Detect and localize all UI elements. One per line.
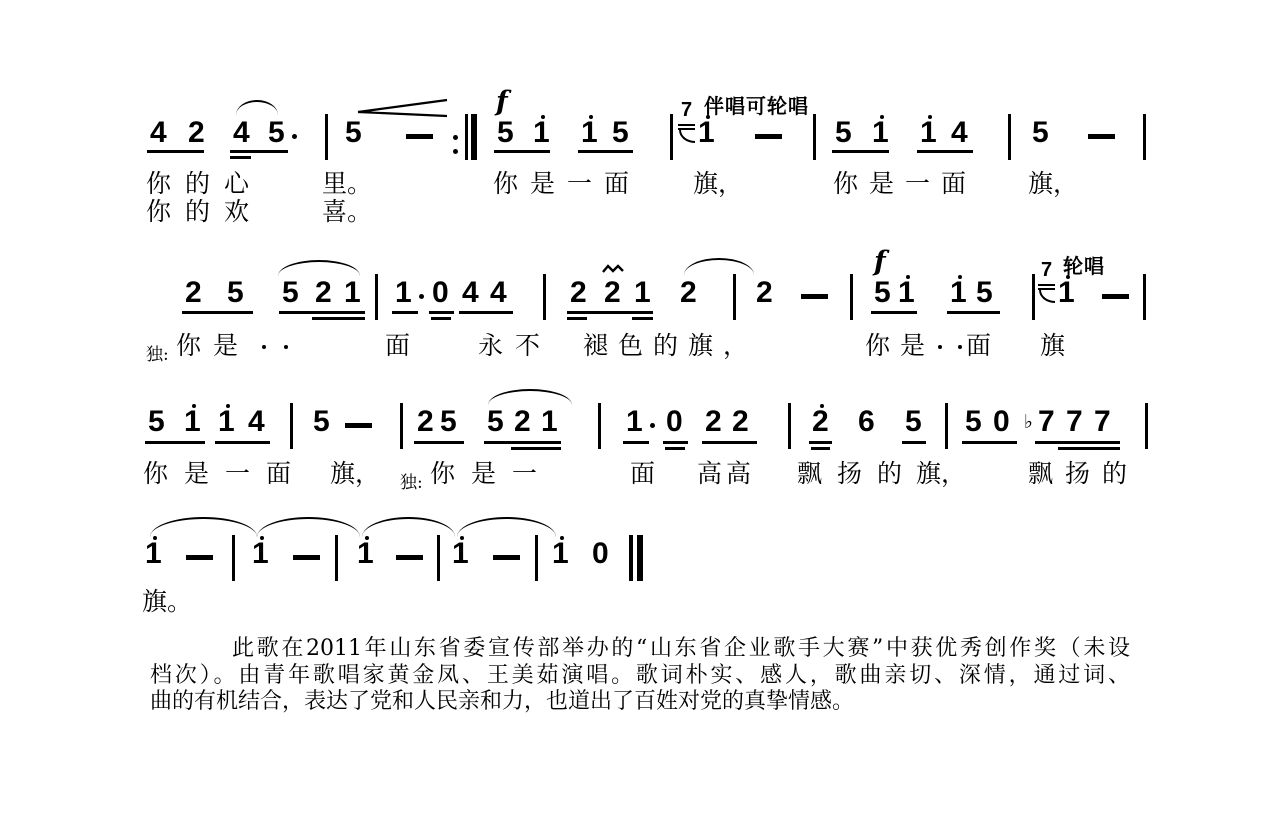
note-digit: 0: [592, 541, 610, 567]
note-digit: 5: [282, 280, 300, 306]
lyric-extension-dot: [284, 345, 288, 349]
augmentation-dot: [650, 423, 655, 428]
lyric-text: 你的心: [146, 171, 263, 196]
beam-line: [871, 311, 917, 314]
beam-line: [511, 447, 561, 450]
note-digit: 5: [1032, 120, 1050, 146]
beam-line: [665, 447, 685, 450]
note-digit: 5: [835, 120, 853, 146]
note-digit: 1: [950, 280, 968, 306]
slur-tie: [488, 389, 572, 405]
lyric-extension-dot: [958, 345, 962, 349]
repeat-dot: [453, 149, 458, 154]
accompaniment-round-label: 伴唱可轮唱: [704, 90, 809, 119]
slur-tie: [684, 258, 754, 275]
grace-note-digit: 7: [1041, 262, 1052, 279]
forte-dynamic: f: [874, 246, 886, 277]
lyric-text: 旗。: [142, 589, 192, 614]
barline: [1143, 274, 1146, 320]
note-digit: 4: [233, 120, 251, 146]
beam-line: [429, 311, 454, 314]
dash-sustain: [1102, 294, 1129, 299]
note-digit: 1: [452, 541, 470, 567]
note-digit: 4: [150, 120, 168, 146]
barline: [850, 274, 853, 320]
note-digit: 5: [313, 409, 331, 435]
beam-line: [279, 311, 365, 314]
note-digit: 0: [666, 409, 684, 435]
barline: [325, 114, 328, 160]
octave-dot: [589, 115, 593, 119]
grace-slur-icon: [679, 130, 695, 143]
beam-line: [832, 150, 889, 153]
note-digit: 1: [395, 280, 413, 306]
lyric-text: 你是一: [430, 461, 553, 486]
lyric-text: 喜。: [322, 199, 372, 224]
note-digit: 2: [680, 280, 698, 306]
note-digit: 6: [858, 409, 876, 435]
lyric-text: 你的欢: [146, 199, 263, 224]
barline: [788, 403, 791, 449]
note-digit: 5: [976, 280, 994, 306]
lyric-text: 旗，: [330, 461, 380, 486]
lyric-text: 你是一面: [833, 171, 977, 196]
beam-line: [632, 317, 653, 320]
lyric-text: 飘扬的: [797, 461, 917, 486]
note-digit: 1: [541, 409, 559, 435]
note-digit: 5: [487, 409, 505, 435]
note-digit: 1: [533, 120, 551, 146]
beam-line: [702, 441, 757, 444]
lyric-text: 高高: [697, 461, 755, 486]
slur-tie: [457, 517, 556, 537]
beam-line: [902, 441, 926, 444]
barline: [1008, 114, 1011, 160]
slur-tie: [236, 100, 278, 115]
note-digit: 4: [462, 280, 480, 306]
barline: [670, 114, 673, 160]
barline: [1143, 114, 1146, 160]
note-digit: 1: [552, 541, 570, 567]
beam-line: [567, 317, 587, 320]
beam-line: [917, 150, 973, 153]
note-digit: 1: [1058, 280, 1076, 306]
barline: [437, 535, 440, 581]
note-digit: 2: [417, 409, 435, 435]
beam-line: [215, 441, 270, 444]
note-digit: 5: [612, 120, 630, 146]
beam-line: [811, 447, 830, 450]
beam-line: [1038, 284, 1055, 286]
forte-dynamic: f: [496, 86, 508, 117]
octave-dot: [880, 115, 884, 119]
mordent-icon: [602, 261, 624, 279]
note-digit: 2: [756, 280, 774, 306]
lyric-text: 面: [630, 461, 655, 486]
final-barline: [629, 535, 633, 581]
grace-slur-icon: [1039, 290, 1055, 303]
slur-tie: [278, 260, 360, 276]
dash-sustain: [755, 134, 782, 139]
octave-dot: [928, 115, 932, 119]
beam-line: [809, 441, 832, 444]
note-digit: 5: [440, 409, 458, 435]
slur-tie: [150, 517, 257, 537]
solo-label: 独:: [400, 468, 423, 493]
beam-line: [947, 311, 1000, 314]
note-digit: 5: [905, 409, 923, 435]
dash-sustain: [396, 555, 423, 560]
note-digit: 1: [698, 120, 716, 146]
barline: [335, 535, 338, 581]
repeat-barline: [465, 114, 468, 160]
octave-dot: [958, 275, 962, 279]
note-digit: 4: [490, 280, 508, 306]
beam-line: [484, 441, 561, 444]
footnote-line: 档次）。由青年歌唱家黄金凤、王美茹演唱。歌词朴实、感人，歌曲亲切、深情，通过词、: [150, 663, 1130, 690]
lyric-text: 褪色的旗，: [583, 333, 758, 358]
barline: [733, 274, 736, 320]
lyric-text: 你是一面: [493, 171, 641, 196]
note-digit: 1: [184, 409, 202, 435]
note-digit: 5: [874, 280, 892, 306]
note-digit: 1: [357, 541, 375, 567]
lyric-text: 永不: [478, 333, 552, 358]
note-digit: 2: [315, 280, 333, 306]
lyric-text: 里。: [322, 171, 372, 196]
repeat-barline: [471, 114, 477, 160]
crescendo-hairpin-icon: [356, 96, 450, 125]
note-digit: 1: [634, 280, 652, 306]
beam-line: [312, 317, 365, 320]
note-digit: 2: [514, 409, 532, 435]
barline: [543, 274, 546, 320]
note-digit: 2: [705, 409, 723, 435]
barline: [375, 274, 378, 320]
beam-line: [230, 156, 251, 159]
lyric-extension-dot: [262, 345, 266, 349]
note-digit: 2: [604, 280, 622, 306]
note-digit: 1: [252, 541, 270, 567]
note-digit: 7: [1038, 409, 1056, 435]
octave-dot: [1066, 275, 1070, 279]
note-digit: 1: [920, 120, 938, 146]
augmentation-dot: [292, 134, 297, 139]
barline: [1032, 274, 1035, 320]
lyric-text: 飘扬的: [1028, 461, 1139, 486]
octave-dot: [906, 275, 910, 279]
dash-sustain: [293, 555, 320, 560]
beam-line: [182, 311, 253, 314]
note-digit: 4: [951, 120, 969, 146]
octave-dot: [226, 404, 230, 408]
beam-line: [678, 124, 695, 126]
flat-accidental: ♭: [1024, 411, 1033, 433]
note-digit: 1: [898, 280, 916, 306]
footnote-line: 此歌在2011年山东省委宣传部举办的“山东省企业歌手大赛”中获优秀创作奖（未设: [150, 636, 1130, 663]
beam-line: [459, 311, 513, 314]
beam-line: [392, 311, 418, 314]
note-digit: 2: [188, 120, 206, 146]
lyric-text: 旗: [1040, 333, 1065, 358]
beam-line: [1058, 447, 1120, 450]
octave-dot: [541, 115, 545, 119]
augmentation-dot: [419, 294, 424, 299]
barline: [598, 403, 601, 449]
beam-line: [567, 311, 653, 314]
slur-tie: [257, 517, 360, 537]
dash-sustain: [345, 423, 372, 428]
note-digit: 5: [268, 120, 286, 146]
note-digit: 5: [227, 280, 245, 306]
final-barline: [637, 535, 643, 581]
note-digit: 0: [993, 409, 1011, 435]
repeat-dot: [453, 135, 458, 140]
dash-sustain: [801, 294, 828, 299]
barline: [290, 403, 293, 449]
lyric-extension-dot: [938, 345, 942, 349]
sheet-music-page: 42455f51157伴唱可轮唱151145你的心里。你是一面旗，你是一面旗，你…: [0, 0, 1280, 819]
beam-line: [623, 441, 649, 444]
beam-line: [578, 150, 633, 153]
dash-sustain: [186, 555, 213, 560]
note-digit: 5: [965, 409, 983, 435]
barline: [1145, 403, 1148, 449]
dash-sustain: [1088, 134, 1115, 139]
note-digit: 5: [497, 120, 515, 146]
dash-sustain: [406, 134, 433, 139]
lyric-text: 面: [385, 333, 410, 358]
lyric-text: 你是: [176, 333, 250, 358]
note-digit: 1: [145, 541, 163, 567]
beam-line: [414, 441, 464, 444]
note-digit: 4: [248, 409, 266, 435]
beam-line: [962, 441, 1017, 444]
octave-dot: [192, 404, 196, 408]
grace-note-digit: 7: [681, 102, 692, 119]
beam-line: [431, 317, 451, 320]
note-digit: 7: [1066, 409, 1084, 435]
note-digit: 1: [581, 120, 599, 146]
note-digit: 1: [218, 409, 236, 435]
dash-sustain: [493, 555, 520, 560]
octave-dot: [820, 404, 824, 408]
note-digit: 1: [626, 409, 644, 435]
beam-line: [147, 150, 204, 153]
barline: [232, 535, 235, 581]
solo-label: 独:: [146, 340, 169, 365]
note-digit: 1: [344, 280, 362, 306]
octave-dot: [706, 115, 710, 119]
note-digit: 2: [570, 280, 588, 306]
footnote-paragraph: 此歌在2011年山东省委宣传部举办的“山东省企业歌手大赛”中获优秀创作奖（未设 …: [150, 636, 1130, 716]
barline: [945, 403, 948, 449]
lyric-text: 面: [966, 333, 991, 358]
beam-line: [230, 150, 288, 153]
note-digit: 7: [1094, 409, 1112, 435]
barline: [813, 114, 816, 160]
note-digit: 1: [872, 120, 890, 146]
note-digit: 5: [148, 409, 166, 435]
footnote-line: 曲的有机结合，表达了党和人民亲和力，也道出了百姓对党的真挚情感。: [150, 689, 1130, 716]
slur-tie: [362, 517, 455, 537]
note-digit: 2: [812, 409, 830, 435]
lyric-text: 旗，: [916, 461, 966, 486]
beam-line: [145, 441, 205, 444]
lyric-text: 旗，: [1028, 171, 1078, 196]
lyric-text: 旗，: [693, 171, 743, 196]
note-digit: 0: [432, 280, 450, 306]
lyric-text: 你是: [865, 333, 935, 358]
barline: [535, 535, 538, 581]
beam-line: [1035, 441, 1120, 444]
octave-dot: [560, 536, 564, 540]
note-digit: 2: [185, 280, 203, 306]
lyric-text: 你是一面: [143, 461, 307, 486]
note-digit: 2: [732, 409, 750, 435]
barline: [400, 403, 403, 449]
beam-line: [663, 441, 688, 444]
beam-line: [494, 150, 550, 153]
